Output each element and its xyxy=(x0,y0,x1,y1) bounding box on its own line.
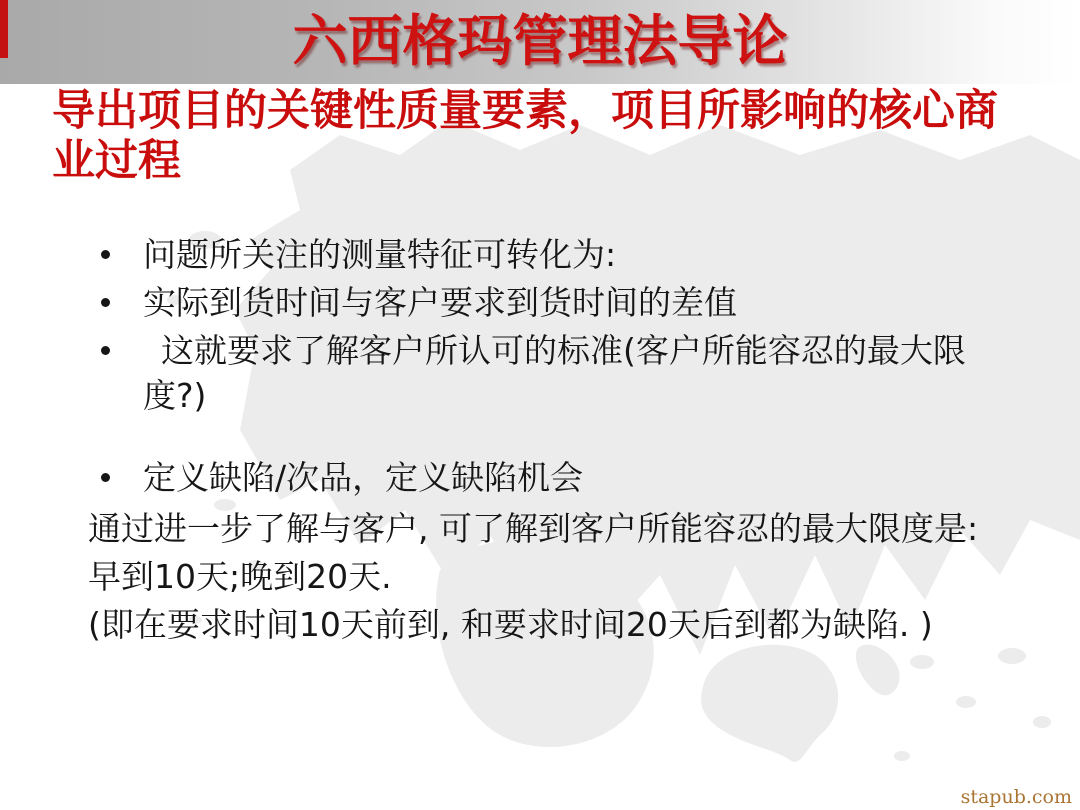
body-paragraph: 通过进一步了解与客户, 可了解到客户所能容忍的最大限度是: 早到10天;晚到20… xyxy=(88,506,1038,650)
slide-canvas: 六西格玛管理法导论 导出项目的关键性质量要素，项目所影响的核心商业过程 问题所关… xyxy=(0,0,1080,810)
paragraph-line: 早到10天;晚到20天. xyxy=(88,554,1038,599)
site-watermark: stapub.com xyxy=(961,786,1072,808)
bullet-item: 定义缺陷/次品，定义缺陷机会 xyxy=(95,455,983,500)
bullet-text: 问题所关注的测量特征可转化为: xyxy=(143,235,616,274)
bullet-text: 实际到货时间与客户要求到货时间的差值 xyxy=(143,283,737,322)
paragraph-line: (即在要求时间10天前到, 和要求时间20天后到都为缺陷. ) xyxy=(88,602,1038,647)
bullet-icon xyxy=(101,473,110,482)
bullet-text: 这就要求了解客户所认可的标准(客户所能容忍的最大限度?) xyxy=(143,331,966,415)
title-bar: 六西格玛管理法导论 xyxy=(0,0,1080,84)
bullet-list: 问题所关注的测量特征可转化为: 实际到货时间与客户要求到货时间的差值 这就要求了… xyxy=(95,232,983,503)
bullet-text: 定义缺陷/次品，定义缺陷机会 xyxy=(143,458,583,497)
slide-title: 六西格玛管理法导论 xyxy=(0,0,1080,82)
bullet-icon xyxy=(101,298,110,307)
slide-heading: 导出项目的关键性质量要素，项目所影响的核心商业过程 xyxy=(52,86,1015,186)
bullet-icon xyxy=(101,250,110,259)
bullet-icon xyxy=(101,346,110,355)
bullet-item: 这就要求了解客户所认可的标准(客户所能容忍的最大限度?) xyxy=(95,328,983,418)
bullet-item: 问题所关注的测量特征可转化为: xyxy=(95,232,983,277)
paragraph-line: 通过进一步了解与客户, 可了解到客户所能容忍的最大限度是: xyxy=(88,506,1038,551)
red-accent-stripe xyxy=(0,0,8,58)
bullet-item: 实际到货时间与客户要求到货时间的差值 xyxy=(95,280,983,325)
